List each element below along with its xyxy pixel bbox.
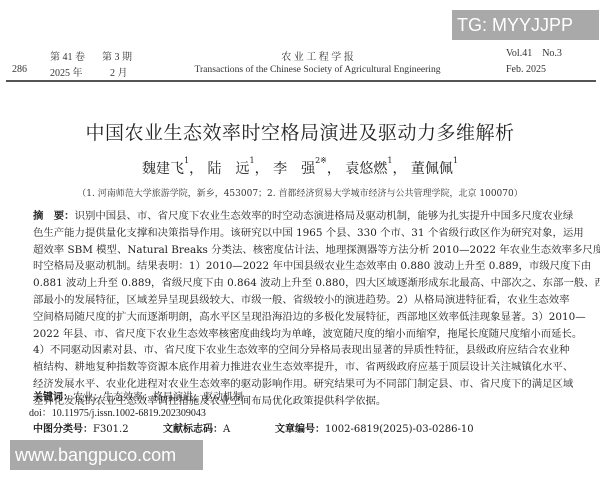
affiliation: （1. 河南师范大学旅游学院，新乡，453007；2. 首都经济贸易大学城市经济… [0,186,600,199]
abstract-line: 空间格局随尺度的扩大而逐渐明朗，高水平区呈现沿海沿边的多极化发展特征，西部地区效… [33,309,573,326]
author: 袁悠燃1 [345,161,392,177]
abstract-line: 摘 要：识别中国县、市、省尺度下农业生态效率的时空动态演进格局及驱动机制，能够为… [33,208,573,225]
doi[interactable]: doi：10.11975/j.issn.1002-6819.202309043 [29,404,206,419]
abstract-label: 摘 要： [33,210,75,222]
clc-number: 中图分类号：F301.2 [33,420,129,435]
author: 董佩佩1 [411,161,458,177]
abstract-line: 超效率 SBM 模型、Natural Breaks 分类法、核密度估计法、地理探… [33,242,573,259]
header-issue: 第 3 期 [102,48,132,63]
keywords-label: 关键词： [33,392,73,403]
abstract-line: 时空格局及驱动机制。结果表明：1）2010—2022 年中国县级农业生态效率由 … [33,258,573,275]
article-number: 文章编号：1002-6819(2025)-03-0286-10 [275,420,474,435]
watermark-telegram: TG: MYYJJPP [452,10,599,40]
author: 李 强2※ [273,161,327,177]
header-year: 2025 年 [50,64,83,79]
header-vol-no: Vol.41 No.3 [506,48,562,59]
header-volume: 第 41 卷 [50,48,85,63]
keywords: 关键词：农业；生态效率；格局演进；驱动机制 [33,388,243,403]
article-title: 中国农业生态效率时空格局演进及驱动力多维解析 [0,118,600,145]
header-journal-en: Transactions of the Chinese Society of A… [175,64,460,75]
abstract-line: 色生产能力提供量化支撑和决策指导作用。该研究以中国 1965 个县、330 个市… [33,225,573,242]
author: 魏建飞1 [142,161,189,177]
keywords-value: 农业；生态效率；格局演进；驱动机制 [73,392,243,403]
header-rule [6,80,596,82]
abstract-line: 0.881 波动上升至 0.889，省级尺度下由 0.864 波动上升至 0.8… [33,275,573,292]
watermark-website: www.bangpuco.com [10,440,203,470]
abstract: 摘 要：识别中国县、市、省尺度下农业生态效率的时空动态演进格局及驱动机制，能够为… [33,208,573,410]
abstract-line: 2022 年县、市、省尺度下农业生态效率核密度曲线均为单峰，波宽随尺度的缩小而缩… [33,326,573,343]
author-list: 魏建飞1， 陆 远1， 李 强2※， 袁悠燃1， 董佩佩1 [0,158,600,178]
abstract-line: 4）不同驱动因素对县、市、省尺度下农业生态效率的空间分异格局表现出显著的异质性特… [33,342,573,359]
header-page-number: 286 [12,64,27,75]
header-month: 2 月 [110,64,128,79]
document-code: 文献标志码：A [163,420,230,435]
abstract-line: 部最小的发展特征，区域差异呈现县级较大、市级一般、省级较小的演进趋势。2）从格局… [33,292,573,309]
header-date: Feb. 2025 [506,64,546,75]
abstract-line: 植结构、耕地复种指数等资源本底作用着力推进农业生态效率提升，市、省两级政府应基于… [33,359,573,376]
header-journal-cn: 农 业 工 程 学 报 [175,48,460,63]
author: 陆 远1 [208,161,255,177]
